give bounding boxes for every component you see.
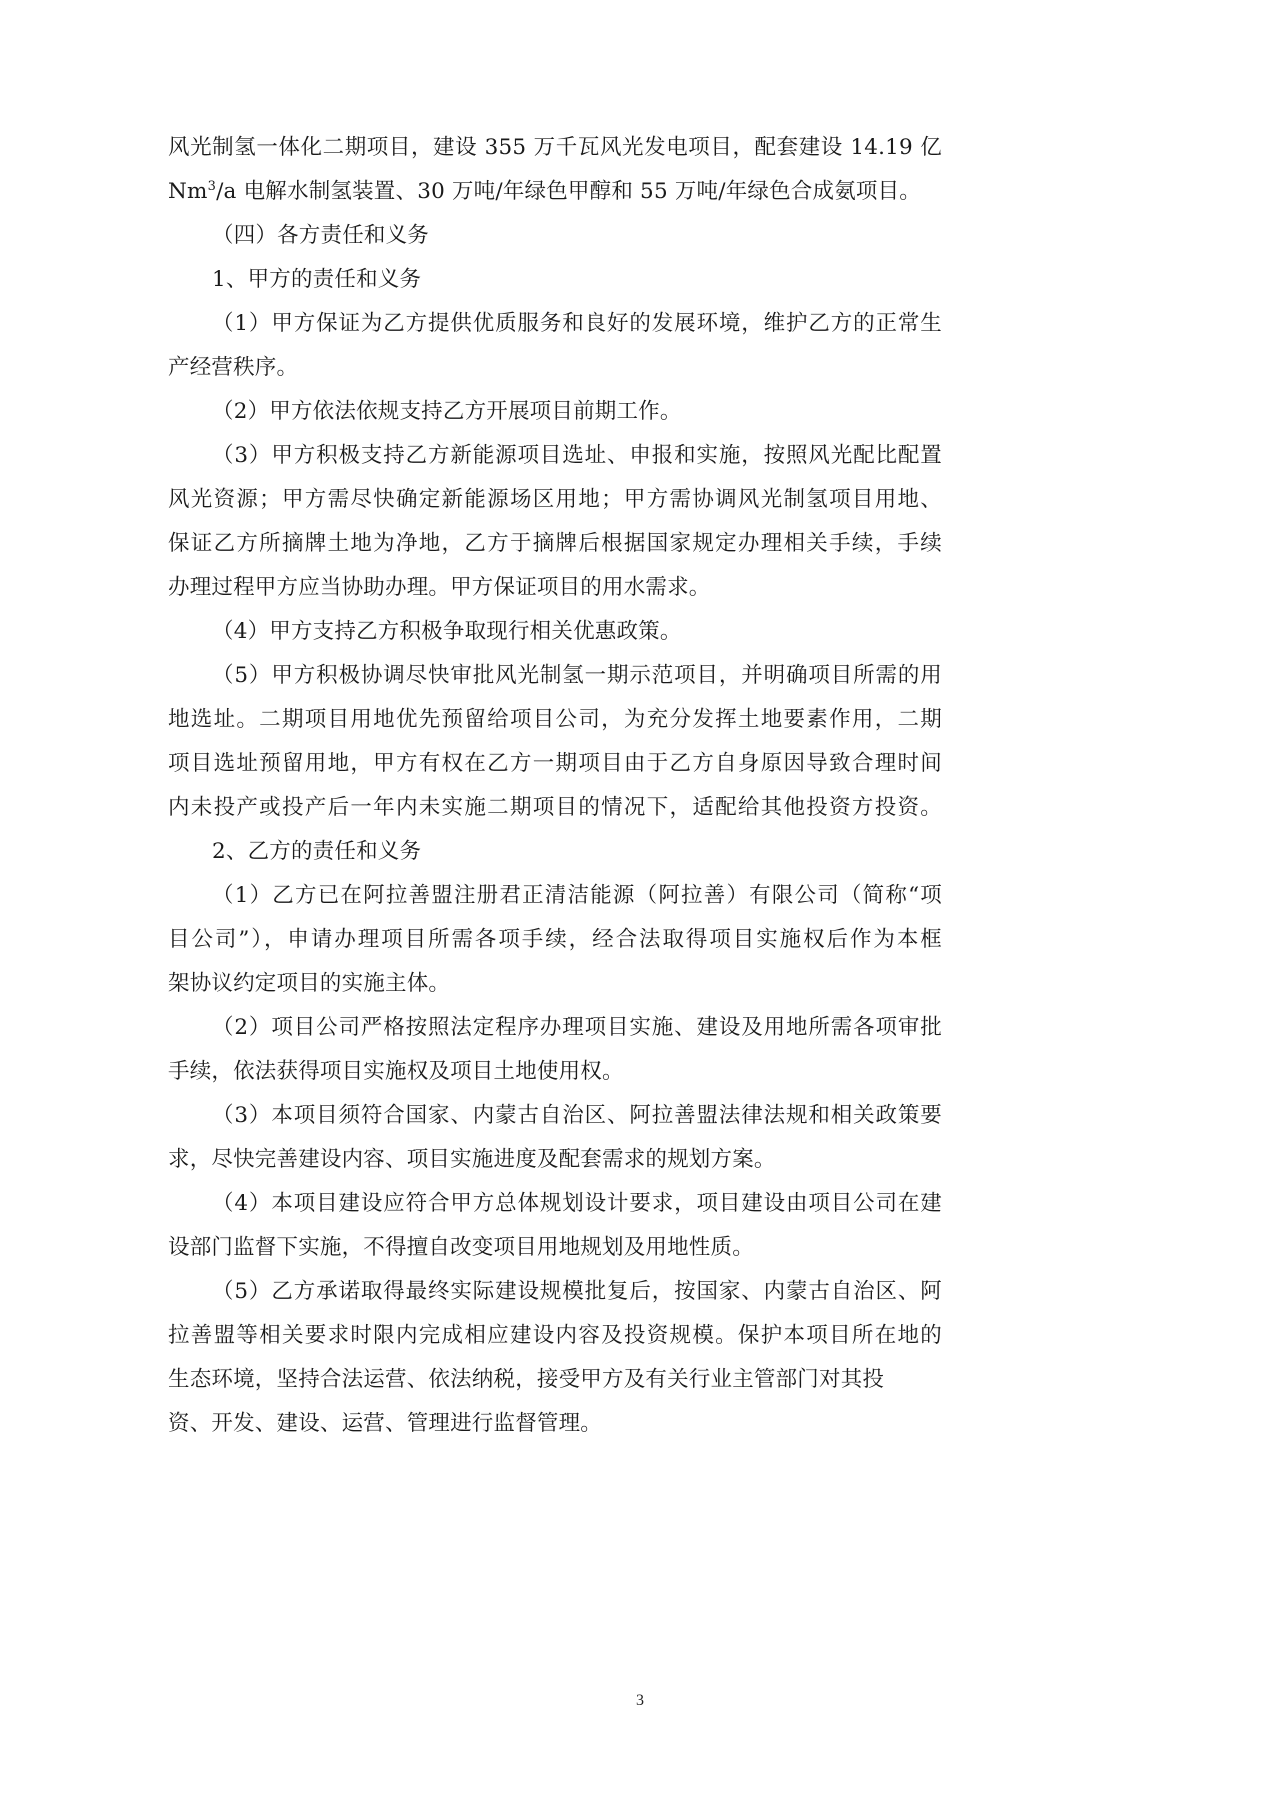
text-line: 目公司”），申请办理项目所需各项手续，经合法取得项目实施权后作为本框 bbox=[168, 918, 942, 962]
text-line: Nm3/a 电解水制氢装置、30 万吨/年绿色甲醇和 55 万吨/年绿色合成氨项… bbox=[168, 170, 921, 214]
text-line: 拉善盟等相关要求时限内完成相应建设内容及投资规模。保护本项目所在地的 bbox=[168, 1314, 942, 1358]
text-line: （4）甲方支持乙方积极争取现行相关优惠政策。 bbox=[212, 610, 682, 654]
text-line: 风光制氢一体化二期项目，建设 355 万千瓦风光发电项目，配套建设 14.19 … bbox=[168, 126, 942, 170]
text-line: 资、开发、建设、运营、管理进行监督管理。 bbox=[168, 1402, 602, 1446]
text-line: 地选址。二期项目用地优先预留给项目公司，为充分发挥土地要素作用，二期 bbox=[168, 698, 942, 742]
text-line: 保证乙方所摘牌土地为净地，乙方于摘牌后根据国家规定办理相关手续，手续 bbox=[168, 522, 942, 566]
text-line: （2）项目公司严格按照法定程序办理项目实施、建设及用地所需各项审批 bbox=[212, 1006, 942, 1050]
text-line: （4）本项目建设应符合甲方总体规划设计要求，项目建设由项目公司在建 bbox=[212, 1182, 942, 1226]
text-line: 求，尽快完善建设内容、项目实施进度及配套需求的规划方案。 bbox=[168, 1138, 776, 1182]
text-line: （5）甲方积极协调尽快审批风光制氢一期示范项目，并明确项目所需的用 bbox=[212, 654, 942, 698]
text-line: （3）甲方积极支持乙方新能源项目选址、申报和实施，按照风光配比配置 bbox=[212, 434, 942, 478]
text-line: 办理过程甲方应当协助办理。甲方保证项目的用水需求。 bbox=[168, 566, 711, 610]
unit-text: Nm bbox=[168, 179, 208, 204]
text-line: （1）甲方保证为乙方提供优质服务和良好的发展环境，维护乙方的正常生 bbox=[212, 302, 942, 346]
line-text: /a 电解水制氢装置、30 万吨/年绿色甲醇和 55 万吨/年绿色合成氨项目。 bbox=[216, 179, 921, 204]
text-line: （1）乙方已在阿拉善盟注册君正清洁能源（阿拉善）有限公司（简称“项 bbox=[212, 874, 942, 918]
text-line: 设部门监督下实施，不得擅自改变项目用地规划及用地性质。 bbox=[168, 1226, 754, 1270]
text-line: 风光资源；甲方需尽快确定新能源场区用地；甲方需协调风光制氢项目用地、 bbox=[168, 478, 942, 522]
page-number: 3 bbox=[0, 1692, 1280, 1710]
text-line: 产经营秩序。 bbox=[168, 346, 298, 390]
section-heading: （四）各方责任和义务 bbox=[212, 214, 429, 258]
text-line: 架协议约定项目的实施主体。 bbox=[168, 962, 450, 1006]
text-line: （5）乙方承诺取得最终实际建设规模批复后，按国家、内蒙古自治区、阿 bbox=[212, 1270, 942, 1314]
text-line: （3）本项目须符合国家、内蒙古自治区、阿拉善盟法律法规和相关政策要 bbox=[212, 1094, 942, 1138]
superscript: 3 bbox=[208, 179, 216, 194]
text-line: 手续，依法获得项目实施权及项目土地使用权。 bbox=[168, 1050, 624, 1094]
subsection-heading: 1、甲方的责任和义务 bbox=[212, 258, 421, 302]
text-line: 生态环境，坚持合法运营、依法纳税，接受甲方及有关行业主管部门对其投 bbox=[168, 1358, 884, 1402]
subsection-heading: 2、乙方的责任和义务 bbox=[212, 830, 421, 874]
text-line: 项目选址预留用地，甲方有权在乙方一期项目由于乙方自身原因导致合理时间 bbox=[168, 742, 942, 786]
text-line: （2）甲方依法依规支持乙方开展项目前期工作。 bbox=[212, 390, 682, 434]
text-line: 内未投产或投产后一年内未实施二期项目的情况下，适配给其他投资方投资。 bbox=[168, 786, 942, 830]
